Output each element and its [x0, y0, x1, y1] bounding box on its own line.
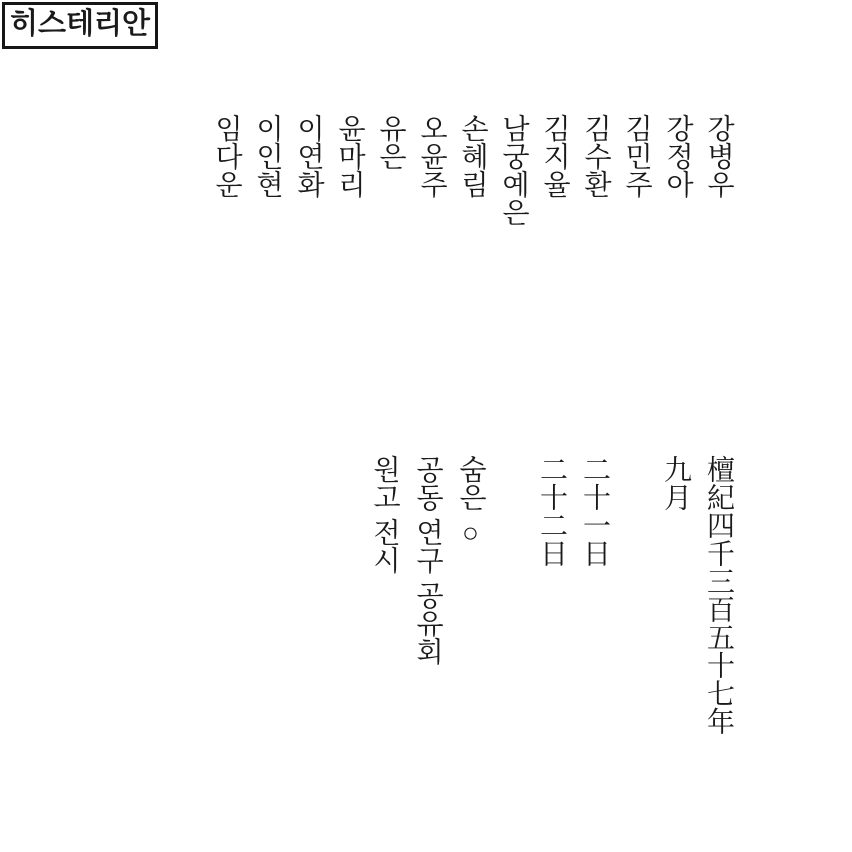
participant-name: 임다운: [212, 114, 240, 226]
participant-name: 김민주: [622, 114, 650, 226]
event-title-line-3: 원고 전시: [370, 455, 398, 735]
participant-name: 유은: [376, 114, 404, 226]
poster-page: 히스테리안 강병우강정아김민주김수환김지율남궁예은손혜림오윤주유은윤마리이연화이…: [0, 0, 852, 852]
participant-name: 이인현: [253, 114, 281, 226]
participant-name: 김지율: [540, 114, 568, 226]
event-day-1: 二十一日: [580, 455, 608, 735]
site-logo[interactable]: 히스테리안: [2, 2, 158, 49]
participant-name: 남궁예은: [499, 114, 527, 226]
participants-name-list: 강병우강정아김민주김수환김지율남궁예은손혜림오윤주유은윤마리이연화이인현임다운: [199, 114, 732, 226]
participant-name: 윤마리: [335, 114, 363, 226]
participant-name: 손혜림: [458, 114, 486, 226]
participant-name: 이연화: [294, 114, 322, 226]
event-month: 九月: [661, 455, 689, 735]
event-details: 檀紀四千三百五十七年 九月 二十一日 二十二日 숨은 ○ 공동 연구 공유회 원…: [355, 455, 732, 735]
event-day-2: 二十二日: [537, 455, 565, 735]
site-logo-text: 히스테리안: [10, 7, 150, 41]
participant-name: 강병우: [704, 114, 732, 226]
event-era-year: 檀紀四千三百五十七年: [704, 455, 732, 735]
event-title-line-1: 숨은 ○: [456, 455, 484, 735]
participant-name: 김수환: [581, 114, 609, 226]
participant-name: 오윤주: [417, 114, 445, 226]
participant-name: 강정아: [663, 114, 691, 226]
event-title-line-2: 공동 연구 공유회: [413, 455, 441, 735]
